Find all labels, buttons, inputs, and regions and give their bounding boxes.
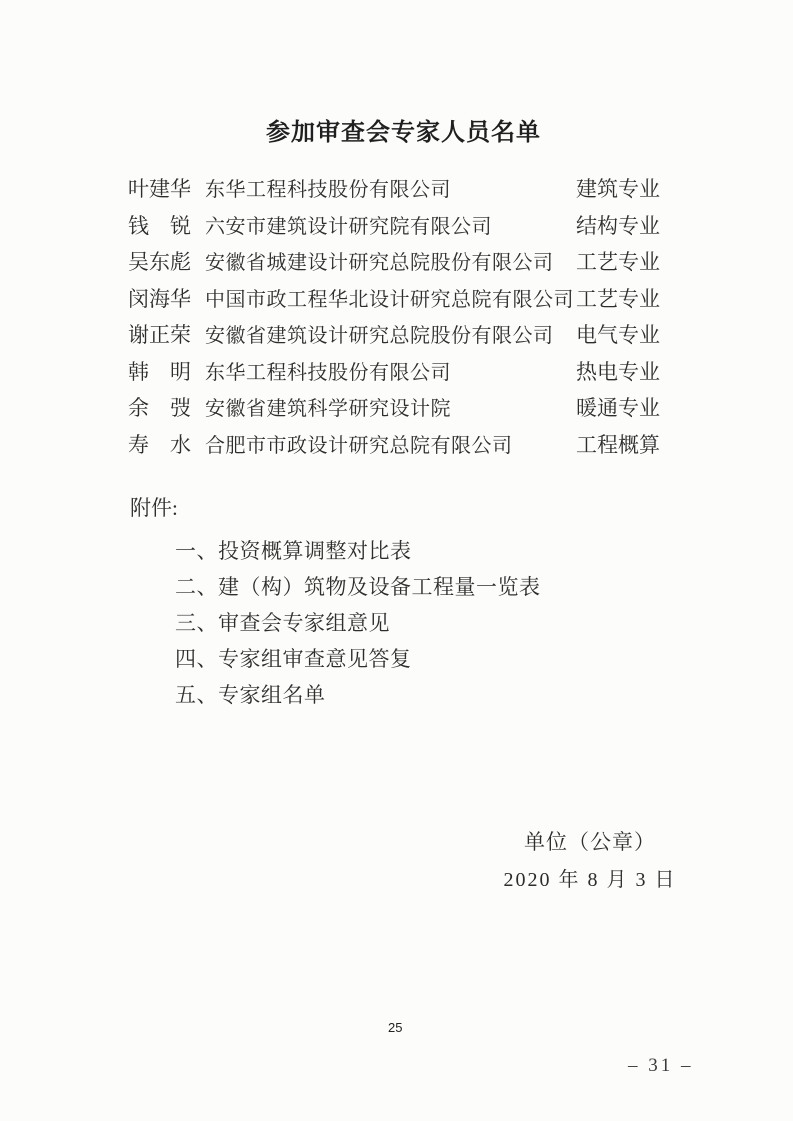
expert-specialty: 电气专业 <box>576 317 660 354</box>
expert-specialty: 热电专业 <box>576 354 660 391</box>
expert-list: 叶建华 东华工程科技股份有限公司 建筑专业 钱 锐 六安市建筑设计研究院有限公司… <box>128 171 660 463</box>
expert-name: 余 弢 <box>128 390 194 427</box>
expert-organization: 安徽省建筑设计研究总院股份有限公司 <box>205 318 554 355</box>
expert-specialty: 工艺专业 <box>576 281 660 318</box>
inner-page-number: 25 <box>388 1020 402 1035</box>
expert-organization: 东华工程科技股份有限公司 <box>205 172 451 209</box>
attachment-item: 四、专家组审查意见答复 <box>175 641 660 677</box>
expert-row: 谢正荣 安徽省建筑设计研究总院股份有限公司 电气专业 <box>128 317 660 354</box>
expert-name: 闵海华 <box>128 281 194 318</box>
attachment-item: 五、专家组名单 <box>175 677 660 713</box>
expert-name: 钱 锐 <box>128 208 194 245</box>
attachment-item: 二、建（构）筑物及设备工程量一览表 <box>175 569 660 605</box>
expert-specialty: 暖通专业 <box>576 390 660 427</box>
attachment-item: 三、审查会专家组意见 <box>175 605 660 641</box>
expert-row: 闵海华 中国市政工程华北设计研究总院有限公司 工艺专业 <box>128 281 660 318</box>
expert-row: 叶建华 东华工程科技股份有限公司 建筑专业 <box>128 171 660 208</box>
expert-row: 钱 锐 六安市建筑设计研究院有限公司 结构专业 <box>128 208 660 245</box>
expert-row: 寿 水 合肥市市政设计研究总院有限公司 工程概算 <box>128 427 660 464</box>
expert-name: 叶建华 <box>128 171 194 208</box>
expert-specialty: 工艺专业 <box>576 244 660 281</box>
signature-unit-label: 单位（公章） <box>470 828 710 856</box>
expert-organization: 中国市政工程华北设计研究总院有限公司 <box>205 282 574 319</box>
expert-organization: 六安市建筑设计研究院有限公司 <box>205 209 492 246</box>
expert-specialty: 工程概算 <box>576 427 660 464</box>
signature-date: 2020 年 8 月 3 日 <box>470 866 710 894</box>
expert-row: 余 弢 安徽省建筑科学研究设计院 暖通专业 <box>128 390 660 427</box>
expert-specialty: 结构专业 <box>576 208 660 245</box>
page-number: – 31 – <box>628 1055 694 1077</box>
signature-block: 单位（公章） 2020 年 8 月 3 日 <box>470 828 710 894</box>
expert-name: 谢正荣 <box>128 317 194 354</box>
expert-row: 吴东彪 安徽省城建设计研究总院股份有限公司 工艺专业 <box>128 244 660 281</box>
scanned-document-page: 参加审查会专家人员名单 叶建华 东华工程科技股份有限公司 建筑专业 钱 锐 六安… <box>0 0 793 1121</box>
expert-name: 寿 水 <box>128 427 194 464</box>
expert-row: 韩 明 东华工程科技股份有限公司 热电专业 <box>128 354 660 391</box>
expert-organization: 合肥市市政设计研究总院有限公司 <box>205 428 513 465</box>
attachments-list: 一、投资概算调整对比表 二、建（构）筑物及设备工程量一览表 三、审查会专家组意见… <box>130 533 660 713</box>
expert-specialty: 建筑专业 <box>576 171 660 208</box>
expert-organization: 安徽省建筑科学研究设计院 <box>205 391 451 428</box>
attachment-item: 一、投资概算调整对比表 <box>175 533 660 569</box>
attachments-label: 附件: <box>130 494 660 522</box>
expert-name: 吴东彪 <box>128 244 194 281</box>
expert-organization: 安徽省城建设计研究总院股份有限公司 <box>205 245 554 282</box>
attachments-section: 附件: 一、投资概算调整对比表 二、建（构）筑物及设备工程量一览表 三、审查会专… <box>130 494 660 713</box>
expert-organization: 东华工程科技股份有限公司 <box>205 355 451 392</box>
expert-name: 韩 明 <box>128 354 194 391</box>
page-title: 参加审查会专家人员名单 <box>0 112 793 147</box>
